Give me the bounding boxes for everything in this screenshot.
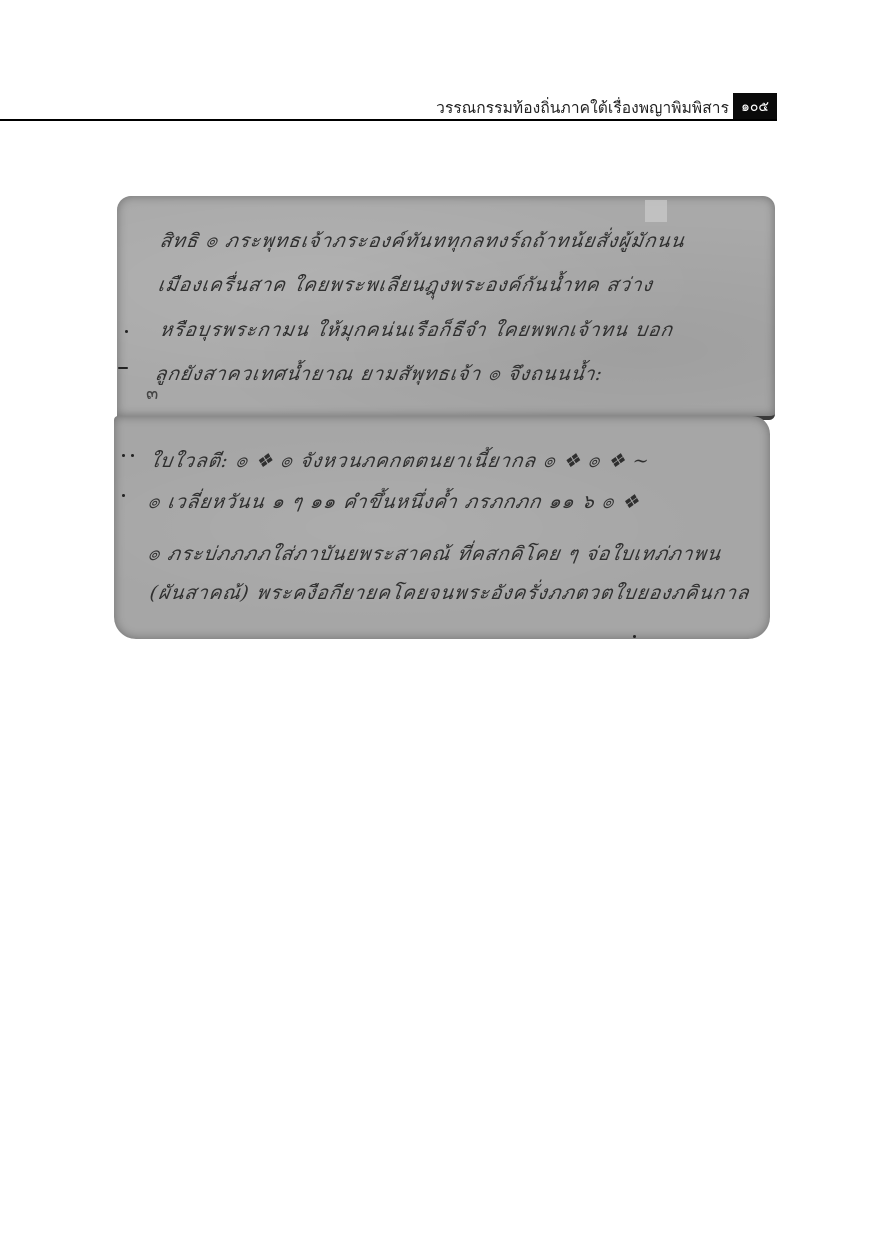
- manuscript-photo: สิทธิ ๏ ภระพุทธเจ้าภระองค์ทันททุกลทงร์ถถ…: [0, 0, 877, 660]
- margin-folio-number: ๓: [146, 378, 158, 407]
- manuscript-line: เมืองเครื่นสาค ใคยพระพเลียนฎุงพระองค์กัน…: [156, 270, 655, 300]
- manuscript-line: (ผันสาคณ้) พระคงือกียายคโคยจนพระอังครั่ง…: [148, 578, 752, 608]
- manuscript-line: สิทธิ ๏ ภระพุทธเจ้าภระองค์ทันททุกลทงร์ถถ…: [158, 226, 687, 256]
- ink-speck: [131, 454, 134, 457]
- manuscript-line: หรือบุรพระกามน ให้มุกคน่นเรือก็ธีจำ ใคยพ…: [158, 315, 675, 345]
- manuscript-line: ใบใวลตี: ๏ ❖ ๏ จังหวนภคกตตนยาเนี้ยากล ๏ …: [148, 446, 652, 476]
- tape-patch: [645, 200, 667, 222]
- ink-speck: [125, 330, 128, 333]
- ink-speck: [122, 494, 125, 497]
- ink-dash: [118, 367, 128, 369]
- manuscript-line: ๏ ภระบ่ภภภภใส่ภาบันยพระสาคณ้ ที่คสกคิโคย…: [146, 539, 723, 569]
- ink-speck: [633, 635, 636, 638]
- manuscript-line: ๏ เวลี่ยหวันน ๑ ๆ ๑๑ คำขึ้นหนึ่งค้ำ ภรภก…: [146, 487, 642, 517]
- manuscript-line: ลูกยังสาควเทศน้ำยาณ ยามสัพุทธเจ้า ๏ จึงถ…: [153, 359, 605, 389]
- ink-speck: [122, 454, 125, 457]
